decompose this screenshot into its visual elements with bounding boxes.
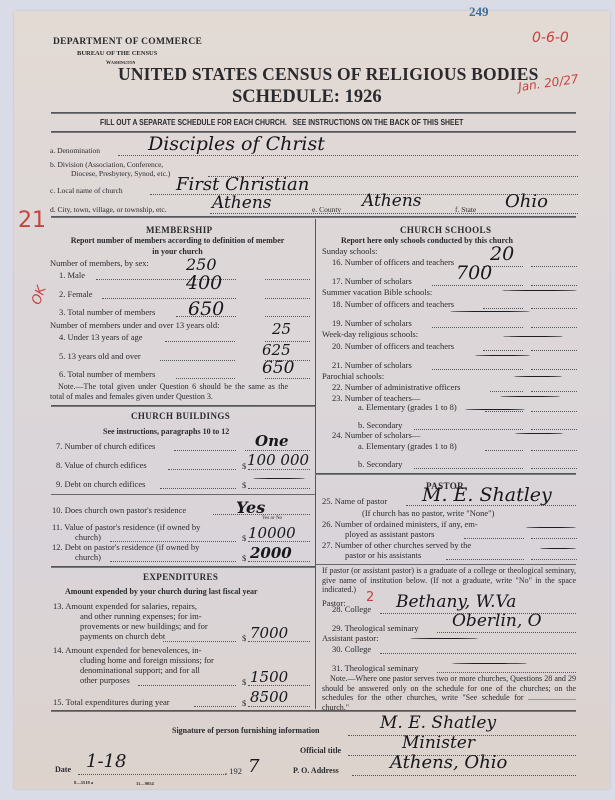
q8-label: 8. Value of church edifices	[56, 460, 147, 470]
q4-label: 4. Under 13 years of age	[59, 332, 143, 342]
form-code-2: 11—9054	[136, 781, 154, 786]
q11-label-2: church)	[75, 532, 101, 542]
sunday-schools-label: Sunday schools:	[322, 246, 378, 256]
red-pastor-mark: 2	[366, 590, 374, 605]
membership-note: Note.—The total given under Question 6 s…	[50, 382, 288, 401]
q24-dash-mark	[515, 433, 563, 434]
q13-line-2: and other running expenses; for im-	[53, 611, 208, 621]
q17-line	[432, 285, 523, 286]
q12-right-line	[248, 561, 310, 562]
q4-under-13-field[interactable]: 25	[272, 320, 291, 338]
q23b-right-line	[531, 429, 577, 430]
assistant-pastor-label: Assistant pastor:	[322, 633, 378, 643]
address-line	[352, 775, 576, 776]
q5-label: 5. 13 years old and over	[59, 351, 141, 361]
q23b-label: b. Secondary	[358, 420, 402, 430]
q13-line-3: provements or new buildings; and for	[53, 621, 208, 631]
membership-intro: Report number of members according to de…	[70, 235, 285, 257]
q27-field[interactable]	[531, 559, 577, 560]
red-code-annotation: 0-6-0	[532, 30, 569, 46]
q2-female-field[interactable]: 400	[186, 272, 222, 294]
weekday-schools-label: Week-day religious schools:	[322, 329, 418, 339]
q22-dash-mark	[514, 376, 562, 377]
membership-heading: MEMBERSHIP	[146, 225, 213, 235]
county-field[interactable]: Athens	[362, 191, 422, 211]
graduate-note: If pastor (or assistant pastor) is a gra…	[322, 566, 576, 595]
fill-out-instruction: FILL OUT A SEPARATE SCHEDULE FOR EACH CH…	[100, 118, 463, 127]
q6-line	[176, 378, 235, 379]
q29-line	[437, 632, 576, 633]
q9-debt-field[interactable]	[248, 488, 310, 489]
members-by-age-label: Number of members under and over 13 year…	[50, 320, 219, 330]
q14-dots	[138, 685, 236, 686]
schedule-title: SCHEDULE: 1926	[232, 87, 382, 108]
q8-line	[168, 469, 236, 470]
q11-dollar: $	[242, 533, 246, 543]
pastor-mid-divider	[315, 564, 576, 565]
q10-residence-field[interactable]: Yes	[236, 498, 265, 517]
address-field[interactable]: Athens, Ohio	[390, 752, 507, 773]
q12-dollar: $	[242, 553, 246, 563]
q26-field[interactable]	[531, 538, 577, 539]
form-title: UNITED STATES CENSUS OF RELIGIOUS BODIES	[118, 64, 539, 85]
q22-field[interactable]	[490, 391, 523, 392]
q21-right-line	[531, 369, 577, 370]
q25-pastor-name-field[interactable]: M. E. Shatley	[422, 484, 552, 506]
city-county-state-line	[210, 213, 578, 214]
date-label: Date	[55, 765, 71, 774]
denomination-field[interactable]: Disciples of Christ	[148, 133, 325, 155]
q15-dollar: $	[242, 698, 246, 708]
q29-seminary-field[interactable]: Oberlin, O	[452, 611, 542, 631]
q24b-label: b. Secondary	[358, 459, 402, 469]
members-by-sex-label: Number of members, by sex:	[50, 258, 149, 268]
q30-dash-mark	[410, 638, 478, 639]
q9-line	[160, 488, 236, 489]
q16-sunday-teachers-field[interactable]: 20	[490, 243, 514, 265]
q7-line	[174, 450, 236, 451]
q14-amount-field[interactable]: 1500	[250, 668, 288, 686]
q28-label: 28. College	[332, 604, 371, 614]
q19-label: 19. Number of scholars	[332, 318, 412, 328]
q27-line	[446, 559, 524, 560]
q3-label: 3. Total number of members	[59, 307, 155, 317]
q3-right-line	[265, 316, 310, 317]
q17-label: 17. Number of scholars	[332, 276, 412, 286]
q15-dots	[194, 706, 236, 707]
q18-dash-mark	[502, 290, 577, 291]
q18-right-line	[531, 308, 577, 309]
q31-field[interactable]	[437, 672, 576, 673]
q24b-field[interactable]	[414, 468, 523, 469]
q13-line-1: 13. Amount expended for salaries, repair…	[53, 601, 208, 611]
signature-field[interactable]: M. E. Shatley	[380, 713, 496, 733]
q19-dash-mark	[450, 311, 530, 312]
local-name-field[interactable]: First Christian	[176, 174, 309, 195]
q18-field[interactable]	[483, 308, 523, 309]
denomination-label: a. Denomination	[50, 146, 100, 155]
q22-right-line	[531, 391, 577, 392]
year-prefix: , 192	[225, 766, 242, 776]
q26-label-2: ployed as assistant pastors	[345, 529, 434, 539]
q14-line-1: 14. Amount expended for benevolences, in…	[53, 645, 214, 655]
q3-total-field[interactable]: 650	[188, 298, 224, 320]
q14-line-3: denominational support; and for all	[53, 665, 214, 675]
q25-label: 25. Name of pastor	[322, 496, 387, 506]
q5-over-13-field[interactable]: 625	[262, 341, 291, 359]
q13-label: 13. Amount expended for salaries, repair…	[53, 601, 208, 641]
state-field[interactable]: Ohio	[505, 191, 548, 212]
address-label: P. O. Address	[293, 766, 339, 775]
q24a-field[interactable]	[485, 450, 523, 451]
q31-dash-mark	[452, 663, 527, 664]
q13-amount-field[interactable]: 7000	[250, 624, 288, 642]
local-name-label: c. Local name of church	[50, 186, 123, 195]
q18-label: 18. Number of officers and teachers	[332, 299, 454, 309]
official-title-field[interactable]: Minister	[402, 733, 475, 753]
q23-dash-mark	[500, 396, 560, 397]
q15-right-line	[248, 706, 310, 707]
q31-label: 31. Theological seminary	[332, 663, 418, 673]
q27-label-2: pastor or his assistants	[345, 550, 421, 560]
denomination-line	[118, 155, 578, 156]
date-field[interactable]: 1-18	[86, 751, 126, 772]
buildings-heading: CHURCH BUILDINGS	[131, 411, 230, 421]
q11-right-line	[248, 541, 310, 542]
q14-right-line	[248, 685, 310, 686]
q16-label: 16. Number of officers and teachers	[332, 257, 454, 267]
q13-dots	[163, 641, 236, 642]
q26-line	[464, 538, 524, 539]
schools-intro: Report here only schools conducted by th…	[341, 236, 513, 245]
q27-dash-mark	[540, 548, 576, 549]
q23a-field[interactable]	[485, 411, 523, 412]
red-margin-mark: 21	[18, 208, 46, 233]
q28-college-field[interactable]: Bethany, W.Va	[396, 592, 516, 612]
q12-label-2: church)	[75, 552, 101, 562]
q5-line	[160, 360, 235, 361]
q20-field[interactable]	[483, 350, 523, 351]
q21-label: 21. Number of scholars	[332, 360, 412, 370]
q11-value-field[interactable]: 10000	[248, 524, 296, 542]
q1-right-line	[265, 279, 310, 280]
signature-label: Signature of person furnishing informati…	[172, 726, 319, 735]
q13-dollar: $	[242, 633, 246, 643]
q24a-label: a. Elementary (grades 1 to 8)	[358, 441, 457, 451]
stamp-number: 249	[469, 4, 489, 20]
buildings-sub: See instructions, paragraphs 10 to 12	[103, 427, 229, 436]
q11-label-1: 11. Value of pastor's residence (if owne…	[52, 522, 200, 532]
q19-right-line	[531, 327, 577, 328]
q20-dash-mark	[503, 336, 563, 337]
column-divider	[315, 219, 316, 709]
q23b-field[interactable]	[414, 429, 523, 430]
q9-label: 9. Debt on church edifices	[56, 479, 145, 489]
parochial-schools-label: Parochial schools:	[322, 371, 384, 381]
bureau-label: BUREAU OF THE CENSUS	[77, 50, 157, 57]
city-label: d. City, town, village, or township, etc…	[50, 205, 167, 214]
q15-total-field[interactable]: 8500	[250, 688, 288, 706]
q19-field[interactable]	[432, 327, 523, 328]
q12-debt-field[interactable]: 2000	[250, 544, 292, 562]
q22-label: 22. Number of administrative officers	[332, 382, 461, 392]
identity-divider	[51, 216, 576, 218]
q1-label: 1. Male	[59, 270, 85, 280]
department-label: DEPARTMENT OF COMMERCE	[53, 37, 202, 47]
q24b-right-line	[531, 468, 577, 469]
form-code-1: 8—5518 a	[74, 780, 93, 785]
q15-label: 15. Total expenditures during year	[53, 697, 170, 707]
year-field[interactable]: 7	[248, 756, 259, 777]
q2-right-line	[265, 298, 310, 299]
division-label-1: b. Division (Association, Conference,	[50, 160, 163, 169]
official-title-label: Official title	[300, 746, 341, 755]
header-divider	[51, 112, 576, 114]
q30-field[interactable]	[380, 653, 576, 654]
q24-label: 24. Number of scholars—	[332, 430, 420, 440]
date-line	[78, 774, 226, 775]
expenditures-sub: Amount expended by your church during la…	[65, 587, 258, 596]
q23a-dash-mark	[465, 409, 525, 410]
q8-dollar: $	[242, 461, 246, 471]
q17-right-line	[531, 285, 577, 286]
q2-label: 2. Female	[59, 289, 93, 299]
pastor-note: Note.—Where one pastor serves two or mor…	[322, 674, 576, 712]
q10-label: 10. Does church own pastor's residence	[52, 505, 186, 515]
yes-no-hint: Yes or No	[262, 516, 282, 521]
q4-line	[165, 341, 235, 342]
q17-sunday-scholars-field[interactable]: 700	[456, 262, 492, 284]
q7-label: 7. Number of church edifices	[56, 441, 155, 451]
q21-field[interactable]	[432, 369, 523, 370]
buildings-mid-divider	[51, 494, 315, 495]
q13-right-line	[248, 641, 310, 642]
q8-right-line	[248, 469, 310, 470]
q20-label: 20. Number of officers and teachers	[332, 341, 454, 351]
q30-label: 30. College	[332, 644, 371, 654]
q27-label-1: 27. Number of other churches served by t…	[322, 540, 471, 550]
q14-line-2: cluding home and foreign missions; for	[53, 655, 214, 665]
buildings-divider	[51, 566, 315, 568]
q21-dash-mark	[475, 355, 530, 356]
q16-right-line	[531, 266, 577, 267]
q6-right-line	[265, 378, 310, 379]
q12-label-1: 12. Debt on pastor's residence (if owned…	[52, 542, 199, 552]
q12-line	[110, 561, 236, 562]
q14-dollar: $	[242, 677, 246, 687]
q14-line-4: other purposes	[53, 675, 214, 685]
q26-dash-mark	[526, 527, 576, 528]
city-field[interactable]: Athens	[212, 193, 272, 213]
q9-dollar: $	[242, 480, 246, 490]
schools-heading: CHURCH SCHOOLS	[400, 225, 491, 235]
q6-total-field[interactable]: 650	[262, 358, 294, 378]
q14-label: 14. Amount expended for benevolences, in…	[53, 645, 214, 685]
q24a-right-line	[531, 450, 577, 451]
expenditures-heading: EXPENDITURES	[143, 572, 218, 582]
summer-schools-label: Summer vacation Bible schools:	[322, 287, 432, 297]
q26-label-1: 26. Number of ordained ministers, if any…	[322, 519, 478, 529]
q8-value-field[interactable]: 100 000	[247, 451, 309, 469]
q6-label: 6. Total number of members	[59, 369, 155, 379]
division-label-2: Diocese, Presbytery, Synod, etc.)	[71, 169, 170, 178]
q7-edifices-field[interactable]: One	[255, 432, 289, 450]
q25-hint: (If church has no pastor, write "None")	[362, 508, 494, 518]
q20-right-line	[531, 350, 577, 351]
q23a-right-line	[531, 411, 577, 412]
membership-divider	[51, 405, 315, 407]
q9-dash-mark	[253, 478, 305, 479]
q13-line-4: payments on church debt	[53, 631, 208, 641]
q29-label: 29. Theological seminary	[332, 623, 418, 633]
q23a-label: a. Elementary (grades 1 to 8)	[358, 402, 457, 412]
schools-divider	[315, 473, 576, 475]
